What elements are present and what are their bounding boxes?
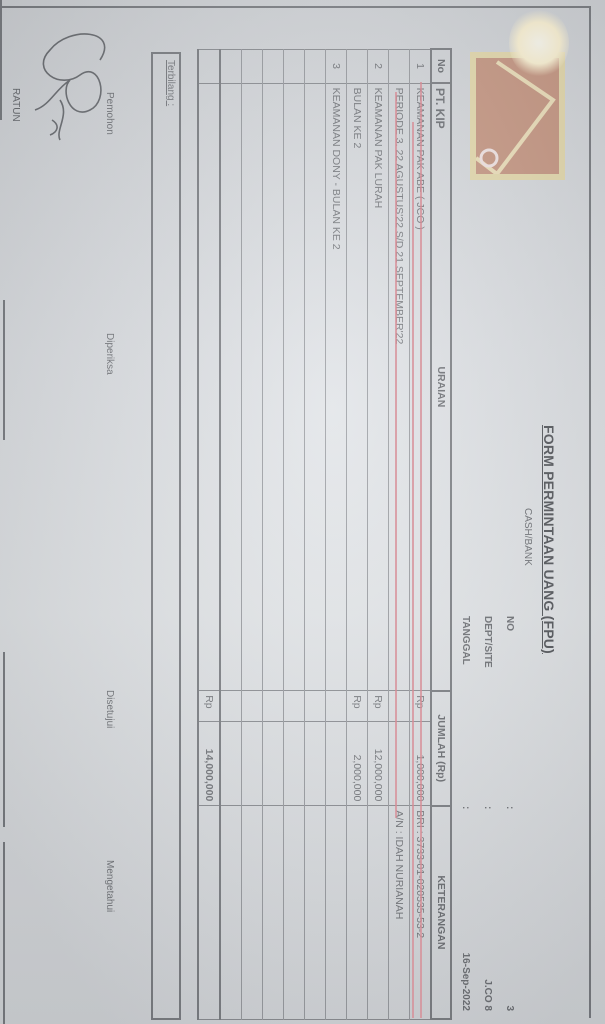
row-keterangan [263, 806, 284, 1019]
meta-colon: : [504, 806, 515, 809]
light-glare [509, 8, 569, 78]
meta-value: 16-Sep-2022 [460, 953, 471, 1011]
row-uraian [305, 83, 326, 691]
form-title: FORM PERMINTAAN UANG (FPU) [541, 425, 557, 654]
terbilang-box: Terbilang : [151, 52, 181, 1020]
row-uraian [220, 83, 242, 691]
sig-role-diperiksa: Diperiksa [104, 333, 115, 375]
row-keterangan [220, 806, 242, 1019]
row-uraian [242, 83, 263, 691]
meta-colon: : [482, 806, 493, 809]
meta-label: NO [504, 616, 515, 631]
row-uraian: PERIODE 3. 22 AGUSTUS'22 S/D 21 SEPTEMBE… [389, 83, 410, 691]
row-no [220, 49, 242, 83]
row-keterangan [305, 806, 326, 1019]
table-row [242, 49, 263, 1019]
header-jumlah: JUMLAH (Rp) [431, 691, 451, 806]
form-subtitle: CASH/BANK [522, 508, 533, 566]
row-no [242, 49, 263, 83]
row-no: 1 [410, 49, 432, 83]
row-uraian: KEAMANAN PAK ABE ( JCO ) [410, 83, 432, 691]
table-row: PERIODE 3. 22 AGUSTUS'22 S/D 21 SEPTEMBE… [389, 49, 410, 1019]
row-no [389, 49, 410, 83]
table-row: 1KEAMANAN PAK ABE ( JCO )Rp1,000,000BRI … [410, 49, 432, 1019]
signature-scribble [20, 20, 130, 200]
row-amount [326, 722, 347, 806]
row-currency [326, 691, 347, 722]
table-row: 2KEAMANAN PAK LURAHRp12,000,000 [368, 49, 389, 1019]
row-uraian: KEAMANAN DONY - BULAN KE 2 [326, 83, 347, 691]
row-amount [305, 722, 326, 806]
row-amount [389, 722, 410, 806]
row-keterangan [368, 806, 389, 1019]
sig-role-mengetahui: Mengetahui [104, 860, 115, 912]
row-no [305, 49, 326, 83]
meta-no: NO : 3 [501, 616, 515, 1011]
meta-colon: : [460, 806, 471, 809]
terbilang-label: Terbilang : [165, 60, 176, 106]
meta-label: TANGGAL [460, 616, 471, 665]
total-row: Rp 14,000,000 [198, 49, 220, 1019]
row-keterangan: BRI : 3733-01-020535-53-2 [410, 806, 432, 1019]
header-uraian: URAIAN [431, 83, 451, 691]
table-row [284, 49, 305, 1019]
table-row [305, 49, 326, 1019]
meta-tanggal: TANGGAL : 16-Sep-2022 [457, 616, 471, 1011]
sig-line-disetujui [3, 652, 5, 827]
sig-role-disetujui: Disetujui [104, 690, 115, 728]
sig-line-diperiksa [3, 300, 5, 440]
row-currency [263, 691, 284, 722]
row-currency [242, 691, 263, 722]
table-header-row: No URAIAN JUMLAH (Rp) KETERANGAN [431, 49, 451, 1019]
table-row [220, 49, 242, 1019]
row-amount [284, 722, 305, 806]
row-amount [263, 722, 284, 806]
row-amount: 2,000,000 [347, 722, 368, 806]
row-uraian [284, 83, 305, 691]
row-no: 2 [368, 49, 389, 83]
row-keterangan: A/N : IDAH NURIANAH [389, 806, 410, 1019]
row-currency: Rp [410, 691, 432, 722]
total-currency: Rp [198, 691, 220, 722]
meta-dept-site: DEPT/SITE : J.CO 8 [479, 616, 493, 1011]
items-table: No URAIAN JUMLAH (Rp) KETERANGAN 1KEAMAN… [197, 48, 452, 1020]
row-amount: 1,000,000 [410, 722, 432, 806]
sig-name-pemohon: RATUN [10, 88, 21, 122]
row-currency [220, 691, 242, 722]
row-keterangan [242, 806, 263, 1019]
row-no [284, 49, 305, 83]
row-uraian [263, 83, 284, 691]
row-currency [305, 691, 326, 722]
row-currency [284, 691, 305, 722]
meta-value: 3 [504, 1005, 515, 1011]
row-no [263, 49, 284, 83]
row-amount [220, 722, 242, 806]
row-amount: 12,000,000 [368, 722, 389, 806]
total-amount: 14,000,000 [198, 722, 220, 806]
table-row: 3KEAMANAN DONY - BULAN KE 2 [326, 49, 347, 1019]
meta-value: J.CO 8 [482, 979, 493, 1011]
row-no [347, 49, 368, 83]
row-currency [389, 691, 410, 722]
table-row: BULAN KE 2Rp2,000,000 [347, 49, 368, 1019]
row-amount [242, 722, 263, 806]
row-keterangan [326, 806, 347, 1019]
fpu-document: PT. KIP FORM PERMINTAAN UANG (FPU) CASH/… [0, 0, 605, 1024]
meta-label: DEPT/SITE [482, 616, 493, 668]
sig-line-pemohon [0, 0, 2, 120]
row-uraian: BULAN KE 2 [347, 83, 368, 691]
table-row [263, 49, 284, 1019]
row-currency: Rp [368, 691, 389, 722]
row-keterangan [284, 806, 305, 1019]
header-keterangan: KETERANGAN [431, 806, 451, 1019]
row-no: 3 [326, 49, 347, 83]
row-keterangan [347, 806, 368, 1019]
sig-line-mengetahui [3, 842, 5, 1024]
row-uraian: KEAMANAN PAK LURAH [368, 83, 389, 691]
header-no: No [431, 49, 451, 83]
row-currency: Rp [347, 691, 368, 722]
